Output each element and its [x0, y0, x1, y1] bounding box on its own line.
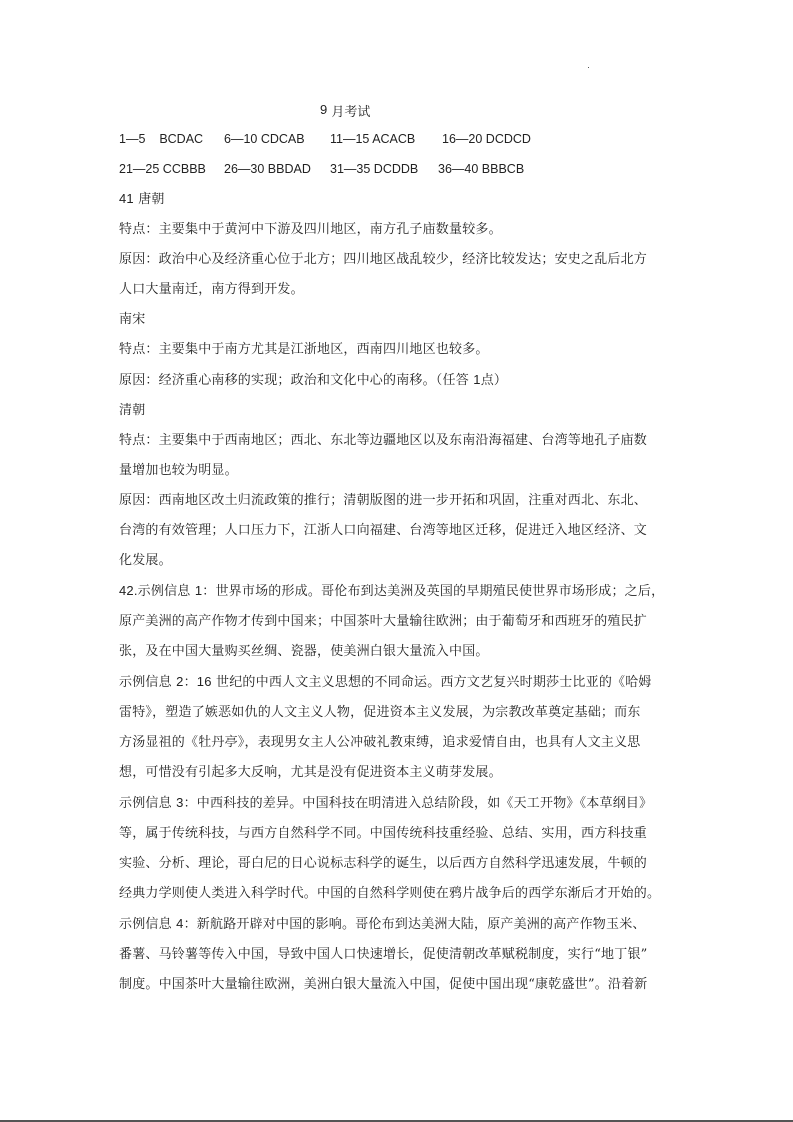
question-number: 41: [119, 191, 134, 206]
q42-info1-line-3: 张，及在中国大量购买丝绸、瓷器，使美洲白银大量流入中国。: [119, 637, 679, 667]
info-number: 3: [176, 795, 183, 810]
qing-reason-line-1: 原因：西南地区改土归流政策的推行；清朝版图的进一步开拓和巩固，注重对西北、东北、: [119, 486, 679, 516]
q42-info3-line-4: 经典力学则使人类进入科学时代。中国的自然科学则使在鸦片战争后的西学东渐后才开始的…: [119, 879, 679, 909]
info-number: 4: [176, 916, 183, 931]
song-reason-count: 1: [473, 372, 480, 387]
answer-key-letters: DCDCD: [486, 132, 531, 146]
answer-group: 1—5 BCDAC: [119, 124, 224, 154]
q42-info4-line-2: 番薯、马铃薯等传入中国，导致中国人口快速增长，促使清朝改革赋税制度，实行“地丁银…: [119, 940, 679, 970]
q41-heading: 41 唐朝: [119, 184, 679, 215]
q42-info4-line-1: 示例信息 4：新航路开辟对中国的影响。哥伦布到达美洲大陆，原产美洲的高产作物玉米…: [119, 909, 679, 940]
q42-info2-line-4: 想，可惜没有引起多大反响，尤其是没有促进资本主义萌芽发展。: [119, 758, 679, 788]
answer-range: 31—35: [330, 162, 370, 176]
q42-info2-line-2: 雷特》，塑造了嫉恶如仇的人文主义人物，促进资本主义发展，为宗教改革奠定基础；而东: [119, 698, 679, 728]
q42-info3-line-1: 示例信息 3：中西科技的差异。中国科技在明清进入总结阶段，如《天工开物》《本草纲…: [119, 788, 679, 819]
title-text: 月考试: [331, 105, 370, 120]
info-label: 示例信息: [138, 584, 191, 599]
q42-info1-line-2: 原产美洲的高产作物才传到中国来；中国茶叶大量输往欧洲；由于葡萄牙和西班牙的殖民扩: [119, 607, 679, 637]
answer-key-letters: BCDAC: [159, 132, 203, 146]
tang-reason-line-1: 原因：政治中心及经济重心位于北方；四川地区战乱较少，经济比较发达；安史之乱后北方: [119, 245, 679, 275]
tang-feature: 特点：主要集中于黄河中下游及四川地区，南方孔子庙数量较多。: [119, 215, 679, 245]
qing-feature-line-2: 量增加也较为明显。: [119, 456, 679, 486]
question-number: 42.: [119, 583, 138, 598]
answer-group: 31—35 DCDDB: [330, 154, 438, 184]
q42-info2-line-1: 示例信息 2：16 世纪的中西人文主义思想的不同命运。西方文艺复兴时期莎士比亚的…: [119, 667, 679, 698]
answer-range: 1—5: [119, 132, 145, 146]
section-heading-tang: 唐朝: [138, 192, 164, 207]
answer-group: 16—20 DCDCD: [442, 124, 531, 154]
stray-dot-mark: [588, 67, 589, 68]
answer-group: 11—15 ACACB: [330, 124, 442, 154]
answer-group: 36—40 BBBCB: [438, 154, 524, 184]
answer-key-letters: ACACB: [372, 132, 415, 146]
q42-info3-line-2: 等，属于传统科技，与西方自然科学不同。中国传统科技重经验、总结、实用，西方科技重: [119, 819, 679, 849]
answer-range: 21—25: [119, 162, 159, 176]
answer-range: 6—10: [224, 132, 257, 146]
q42-info2-line-3: 方汤显祖的《牡丹亭》，表现男女主人公冲破礼教束缚，追求爱情自由，也具有人文主义思: [119, 728, 679, 758]
answer-key-row-1: 1—5 BCDAC 6—10 CDCAB 11—15 ACACB 16—20 D…: [119, 124, 679, 154]
song-reason: 原因：经济重心南移的实现；政治和文化中心的南移。（任答 1点）: [119, 365, 679, 396]
answer-key-letters: CCBBB: [163, 162, 206, 176]
answer-group: 6—10 CDCAB: [224, 124, 330, 154]
answer-range: 26—30: [224, 162, 264, 176]
answer-range: 16—20: [442, 132, 482, 146]
answer-key: 1—5 BCDAC 6—10 CDCAB 11—15 ACACB 16—20 D…: [119, 124, 679, 184]
section-heading-song: 南宋: [119, 305, 679, 335]
answer-group: 21—25 CCBBB: [119, 154, 224, 184]
answer-group: 26—30 BBDAD: [224, 154, 330, 184]
answer-key-letters: BBDAD: [268, 162, 311, 176]
info-separator: ：: [184, 675, 197, 690]
page-title: 9 月考试: [119, 98, 679, 124]
document-content: 9 月考试 1—5 BCDAC 6—10 CDCAB 11—15 ACACB 1…: [119, 98, 679, 1000]
info-label: 示例信息: [119, 917, 172, 932]
info-text: 世纪的中西人文主义思想的不同命运。西方文艺复兴时期莎士比亚的《哈姆: [216, 675, 652, 690]
tang-reason-line-2: 人口大量南迁，南方得到开发。: [119, 275, 679, 305]
answer-range: 11—15: [330, 132, 369, 146]
info-label: 示例信息: [119, 675, 172, 690]
century-number: 16: [197, 674, 212, 689]
info-text: ：新航路开辟对中国的影响。哥伦布到达美洲大陆，原产美洲的高产作物玉米、: [184, 917, 646, 932]
q42-info1-line-1: 42.示例信息 1：世界市场的形成。哥伦布到达美洲及英国的早期殖民使世界市场形成…: [119, 576, 679, 607]
info-number: 2: [176, 674, 183, 689]
section-heading-qing: 清朝: [119, 396, 679, 426]
song-reason-suffix: 点）: [481, 373, 507, 388]
answer-key-letters: DCDDB: [374, 162, 418, 176]
song-feature: 特点：主要集中于南方尤其是江浙地区，西南四川地区也较多。: [119, 335, 679, 365]
q42-info3-line-3: 实验、分析、理论，哥白尼的日心说标志科学的诞生，以后西方自然科学迅速发展，牛顿的: [119, 849, 679, 879]
answer-key-letters: CDCAB: [261, 132, 305, 146]
qing-reason-line-2: 台湾的有效管理；人口压力下，江浙人口向福建、台湾等地区迁移，促进迁入地区经济、文: [119, 516, 679, 546]
qing-reason-line-3: 化发展。: [119, 546, 679, 576]
song-reason-text: 原因：经济重心南移的实现；政治和文化中心的南移。（任答: [119, 373, 469, 388]
answer-key-letters: BBBCB: [482, 162, 524, 176]
info-text: ：世界市场的形成。哥伦布到达美洲及英国的早期殖民使世界市场形成；之后，: [202, 584, 664, 599]
answer-key-row-2: 21—25 CCBBB 26—30 BBDAD 31—35 DCDDB 36—4…: [119, 154, 679, 184]
info-label: 示例信息: [119, 796, 172, 811]
title-number: 9: [320, 102, 327, 117]
document-page: 9 月考试 1—5 BCDAC 6—10 CDCAB 11—15 ACACB 1…: [0, 0, 793, 1120]
qing-feature-line-1: 特点：主要集中于西南地区；西北、东北等边疆地区以及东南沿海福建、台湾等地孔子庙数: [119, 426, 679, 456]
info-text: ：中西科技的差异。中国科技在明清进入总结阶段，如《天工开物》《本草纲目》: [184, 796, 653, 811]
answer-range: 36—40: [438, 162, 478, 176]
q42-info4-line-3: 制度。中国茶叶大量输往欧洲，美洲白银大量流入中国，促使中国出现“康乾盛世”。沿着…: [119, 970, 679, 1000]
